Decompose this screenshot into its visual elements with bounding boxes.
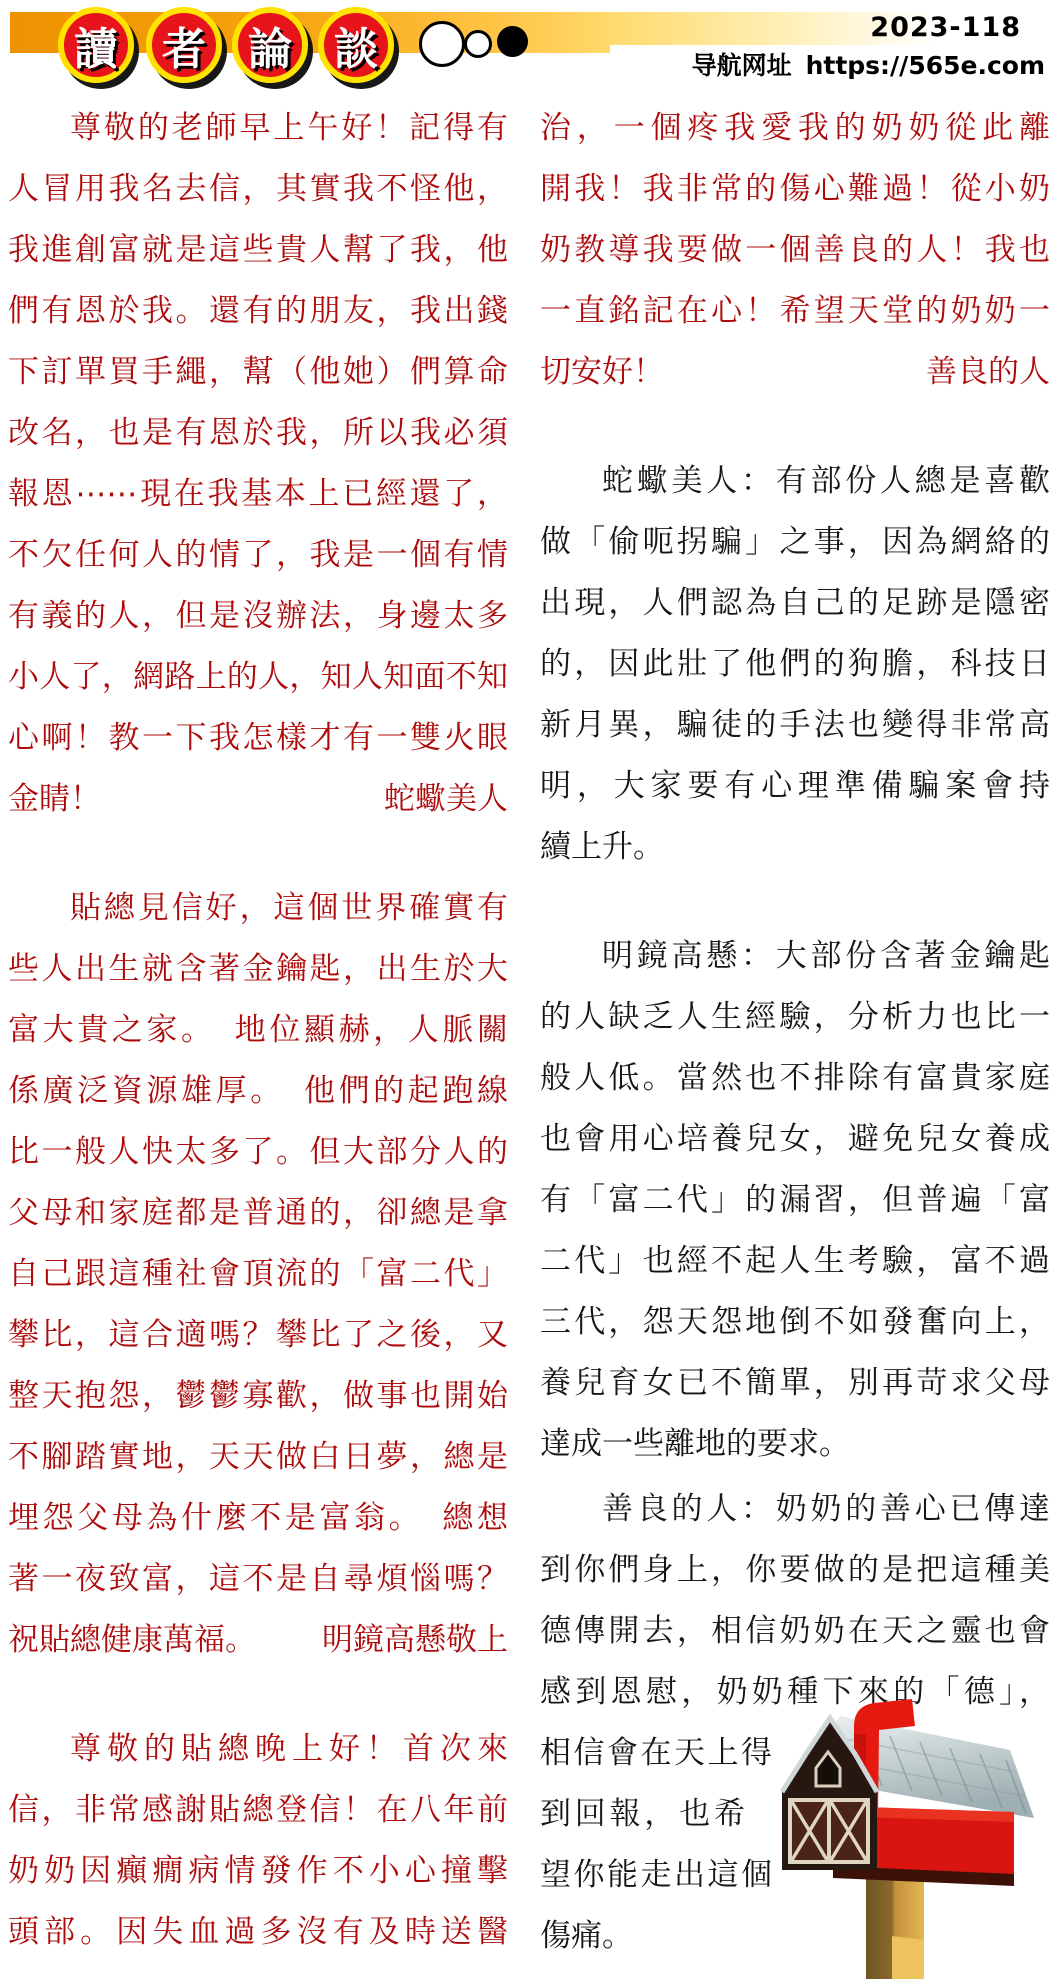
decorative-circle-small-icon (464, 30, 492, 58)
text-line: 有「富二代」的漏習，但普遍「富 (540, 1170, 1050, 1231)
line-text: 切安好！ (540, 342, 664, 403)
letter-paragraph: 尊敬的老師早上午好！記得有人冒用我名去信，其實我不怪他，我進創富就是這些貴人幫了… (8, 98, 508, 830)
text-line: 蛇蠍美人：有部份人總是喜歡 (540, 451, 1050, 512)
text-line: 三代，怨天怨地倒不如發奮向上， (540, 1292, 1050, 1353)
text-line: 到回報，也希 (540, 1784, 745, 1845)
text-line: 自己跟這種社會頂流的「富二代」 (8, 1244, 508, 1305)
text-line: 心啊！教一下我怎樣才有一雙火眼 (8, 708, 508, 769)
line-text: 金睛！ (8, 769, 101, 830)
signature: 蛇蠍美人 (384, 769, 508, 830)
text-line: 頭部。因失血過多沒有及時送醫 (8, 1902, 508, 1963)
text-line: 著一夜致富，這不是自尋煩惱嗎？ (8, 1549, 508, 1610)
text-line: 貼總見信好，這個世界確實有 (8, 878, 508, 939)
text-line: 父母和家庭都是普通的，卻總是拿 (8, 1183, 508, 1244)
nav-address-line: 导航网址https://565e.com (692, 46, 1045, 82)
logo-circle-1: 讀 (58, 7, 134, 83)
text-line: 報恩⋯⋯現在我基本上已經還了， (8, 464, 508, 525)
text-line: 二代」也經不起人生考驗，富不過 (540, 1231, 1050, 1292)
logo-circle-3: 論 (232, 7, 308, 83)
text-line: 明，大家要有心理準備騙案會持 (540, 756, 1050, 817)
logo-char: 讀 (74, 13, 118, 77)
logo-circle-2: 者 (146, 7, 222, 83)
text-line: 一直銘記在心！希望天堂的奶奶一 (540, 281, 1050, 342)
text-line: 達成一些離地的要求。 (540, 1414, 1050, 1475)
line-text: 祝貼總健康萬福。 (8, 1610, 256, 1671)
text-line: 到你們身上，你要做的是把這種美 (540, 1540, 1050, 1601)
text-line: 人冒用我名去信，其實我不怪他， (8, 159, 508, 220)
text-line: 們有恩於我。還有的朋友，我出錢 (8, 281, 508, 342)
text-line: 也會用心培養兒女，避免兒女養成 (540, 1109, 1050, 1170)
text-line: 相信會在天上得 (540, 1723, 772, 1784)
text-line: 整天抱怨，鬱鬱寡歡，做事也開始 (8, 1366, 508, 1427)
text-line: 金睛！蛇蠍美人 (8, 769, 508, 830)
newspaper-page: 讀 者 論 談 2023-118 导航网址https://565e.com 尊敬… (0, 0, 1057, 1979)
nav-url[interactable]: https://565e.com (806, 51, 1045, 80)
reply-paragraph: 蛇蠍美人：有部份人總是喜歡做「偷呃拐騙」之事，因為網絡的出現，人們認為自己的足跡… (540, 451, 1050, 878)
column-right: 治，一個疼我愛我的奶奶從此離開我！我非常的傷心難過！從小奶奶教導我要做一個善良的… (540, 98, 1050, 1967)
decorative-circle-large-icon (419, 21, 465, 67)
text-line: 有義的人，但是沒辦法，身邊太多 (8, 586, 508, 647)
mailbox-image (778, 1694, 1057, 1979)
text-line: 般人低。當然也不排除有富貴家庭 (540, 1048, 1050, 1109)
text-line: 不欠任何人的情了，我是一個有情 (8, 525, 508, 586)
text-line: 祝貼總健康萬福。明鏡高懸敬上 (8, 1610, 508, 1671)
text-line: 小人了，網路上的人，知人知面不知 (8, 647, 508, 708)
text-line: 善良的人：奶奶的善心已傳達 (540, 1479, 1050, 1540)
text-line: 尊敬的老師早上午好！記得有 (8, 98, 508, 159)
text-line: 我進創富就是這些貴人幫了我，他 (8, 220, 508, 281)
text-line: 治，一個疼我愛我的奶奶從此離 (540, 98, 1050, 159)
text-line: 開我！我非常的傷心難過！從小奶 (540, 159, 1050, 220)
logo-circle-4: 談 (318, 7, 394, 83)
column-left: 尊敬的老師早上午好！記得有人冒用我名去信，其實我不怪他，我進創富就是這些貴人幫了… (8, 98, 508, 1963)
text-line: 新月異，騙徒的手法也變得非常高 (540, 695, 1050, 756)
signature: 善良的人 (926, 342, 1050, 403)
text-line: 富大貴之家。 地位顯赫，人脈關 (8, 1000, 508, 1061)
letter-paragraph: 治，一個疼我愛我的奶奶從此離開我！我非常的傷心難過！從小奶奶教導我要做一個善良的… (540, 98, 1050, 403)
text-line: 係廣泛資源雄厚。 他們的起跑線 (8, 1061, 508, 1122)
text-line: 改名，也是有恩於我，所以我必須 (8, 403, 508, 464)
text-line: 望你能走出這個 (540, 1845, 772, 1906)
text-line: 不腳踏實地，天天做白日夢，總是 (8, 1427, 508, 1488)
text-line: 的人缺乏人生經驗，分析力也比一 (540, 987, 1050, 1048)
reply-paragraph: 明鏡高懸：大部份含著金鑰匙的人缺乏人生經驗，分析力也比一般人低。當然也不排除有富… (540, 926, 1050, 1475)
text-line: 切安好！善良的人 (540, 342, 1050, 403)
signature: 明鏡高懸敬上 (322, 1610, 508, 1671)
letter-paragraph: 尊敬的貼總晚上好！首次來信，非常感謝貼總登信！在八年前奶奶因癲癇病情發作不小心撞… (8, 1719, 508, 1963)
text-line: 的，因此壯了他們的狗膽，科技日 (540, 634, 1050, 695)
text-line: 出現，人們認為自己的足跡是隱密 (540, 573, 1050, 634)
text-line: 明鏡高懸：大部份含著金鑰匙 (540, 926, 1050, 987)
text-line: 信，非常感謝貼總登信！在八年前 (8, 1780, 508, 1841)
text-line: 下訂單買手繩，幫（他她）們算命 (8, 342, 508, 403)
text-line: 攀比，這合適嗎？攀比了之後，又 (8, 1305, 508, 1366)
text-line: 些人出生就含著金鑰匙，出生於大 (8, 939, 508, 1000)
text-line: 養兒育女已不簡單，別再苛求父母 (540, 1353, 1050, 1414)
logo-char: 論 (248, 13, 292, 77)
text-line: 奶教導我要做一個善良的人！我也 (540, 220, 1050, 281)
logo-char: 者 (162, 13, 206, 77)
text-line: 比一般人快太多了。但大部分人的 (8, 1122, 508, 1183)
issue-number: 2023-118 (870, 12, 1021, 43)
text-line: 奶奶因癲癇病情發作不小心撞擊 (8, 1841, 508, 1902)
logo-char: 談 (334, 13, 378, 77)
text-line: 續上升。 (540, 817, 1050, 878)
decorative-circle-filled-icon (497, 26, 528, 57)
text-line: 尊敬的貼總晚上好！首次來 (8, 1719, 508, 1780)
nav-label: 导航网址 (692, 51, 792, 80)
text-line: 德傳開去，相信奶奶在天之靈也會 (540, 1601, 1050, 1662)
letter-paragraph: 貼總見信好，這個世界確實有些人出生就含著金鑰匙，出生於大富大貴之家。 地位顯赫，… (8, 878, 508, 1671)
text-line: 埋怨父母為什麼不是富翁。 總想 (8, 1488, 508, 1549)
text-line: 做「偷呃拐騙」之事，因為網絡的 (540, 512, 1050, 573)
